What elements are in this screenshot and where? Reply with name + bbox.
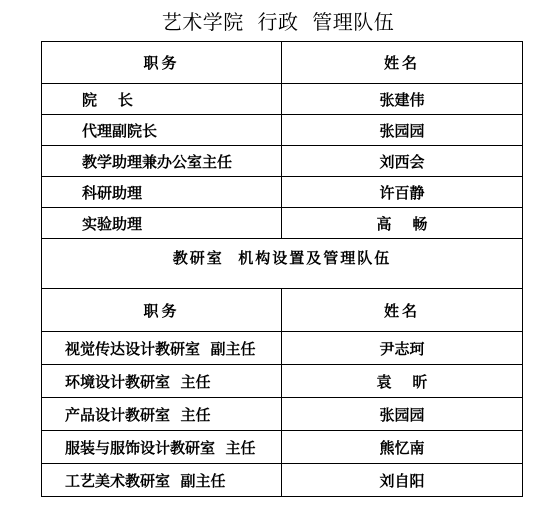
position-cell: 教学助理兼办公室主任 (42, 146, 282, 177)
table-header-row: 职务 姓名 (42, 42, 523, 84)
position-cell: 院 长 (42, 84, 282, 115)
page-title-text: 艺术学院 行政 管理队伍 (162, 10, 394, 34)
column-header-position: 职务 (42, 289, 282, 332)
table-header-row: 职务 姓名 (42, 289, 523, 332)
section-title: 教研室 机构设置及管理队伍 (42, 239, 523, 289)
table-row: 院 长 张建伟 (42, 84, 523, 115)
position-cell: 代理副院长 (42, 115, 282, 146)
position-cell: 工艺美术教研室 副主任 (42, 464, 282, 497)
page-title: 艺术学院 行政 管理队伍 (0, 6, 556, 35)
name-cell: 高 畅 (282, 208, 523, 239)
column-header-name: 姓名 (282, 42, 523, 84)
name-cell: 张园园 (282, 398, 523, 431)
table-row: 实验助理 高 畅 (42, 208, 523, 239)
position-cell: 服装与服饰设计教研室 主任 (42, 431, 282, 464)
name-cell: 许百静 (282, 177, 523, 208)
table-row: 服装与服饰设计教研室 主任 熊忆南 (42, 431, 523, 464)
name-cell: 张园园 (282, 115, 523, 146)
position-cell: 视觉传达设计教研室 副主任 (42, 332, 282, 365)
table-row: 代理副院长 张园园 (42, 115, 523, 146)
position-cell: 科研助理 (42, 177, 282, 208)
section-title-row: 教研室 机构设置及管理队伍 (42, 239, 523, 289)
name-cell: 袁 昕 (282, 365, 523, 398)
name-cell: 刘自阳 (282, 464, 523, 497)
name-cell: 张建伟 (282, 84, 523, 115)
table-row: 视觉传达设计教研室 副主任 尹志珂 (42, 332, 523, 365)
table-row: 环境设计教研室 主任 袁 昕 (42, 365, 523, 398)
column-header-name: 姓名 (282, 289, 523, 332)
table-row: 产品设计教研室 主任 张园园 (42, 398, 523, 431)
position-cell: 环境设计教研室 主任 (42, 365, 282, 398)
column-header-position: 职务 (42, 42, 282, 84)
name-cell: 尹志珂 (282, 332, 523, 365)
table-row: 工艺美术教研室 副主任 刘自阳 (42, 464, 523, 497)
staff-table: 职务 姓名 院 长 张建伟 代理副院长 张园园 教学助理兼办公室主任 刘西会 科… (41, 41, 523, 497)
position-cell: 实验助理 (42, 208, 282, 239)
table-row: 教学助理兼办公室主任 刘西会 (42, 146, 523, 177)
position-cell: 产品设计教研室 主任 (42, 398, 282, 431)
name-cell: 刘西会 (282, 146, 523, 177)
name-cell: 熊忆南 (282, 431, 523, 464)
table-row: 科研助理 许百静 (42, 177, 523, 208)
